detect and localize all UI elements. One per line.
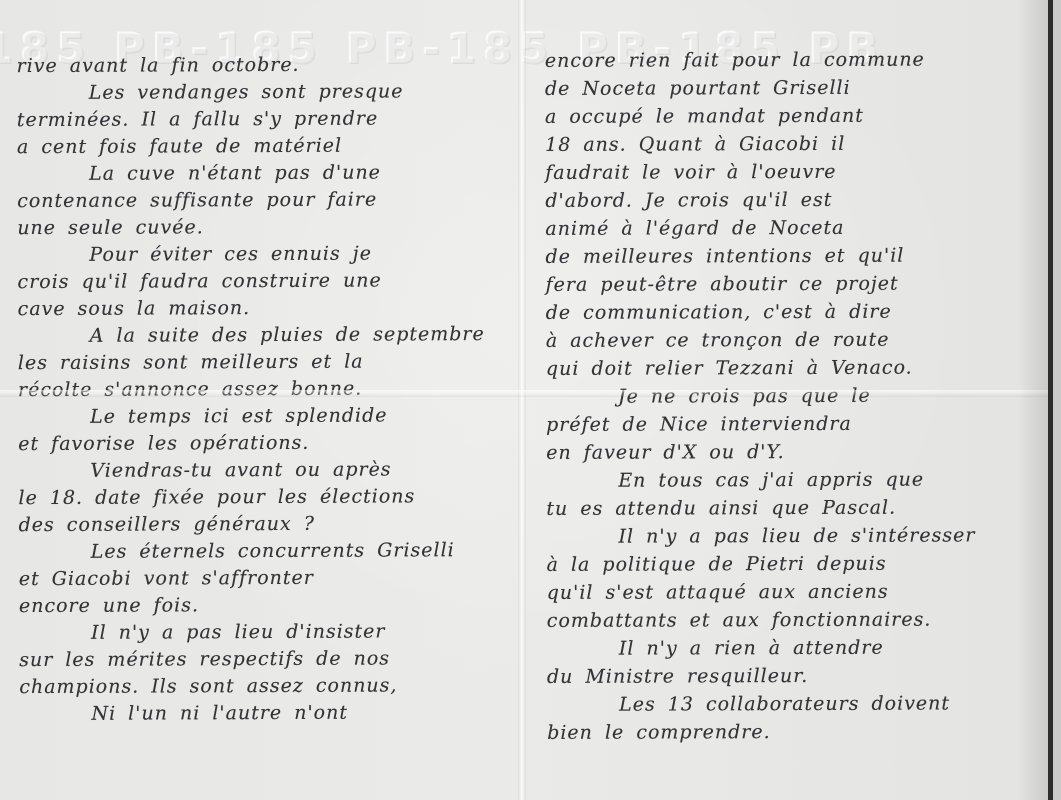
handwritten-line: crois qu'il faudra construire une (17, 267, 519, 296)
handwritten-line: A la suite des pluies de septembre (18, 321, 520, 350)
handwritten-line: rive avant la fin octobre. (17, 51, 519, 80)
handwritten-line: de Noceta pourtant Griselli (545, 73, 1051, 103)
handwritten-line: de communication, c'est à dire (546, 297, 1052, 327)
handwritten-line: Viendras-tu avant ou après (18, 456, 520, 485)
handwritten-line: d'abord. Je crois qu'il est (545, 185, 1051, 215)
handwritten-line: faudrait le voir à l'oeuvre (545, 157, 1051, 187)
handwritten-line: La cuve n'étant pas d'une (17, 159, 519, 188)
handwritten-line: Il n'y a rien à attendre (547, 633, 1053, 663)
handwritten-line: une seule cuvée. (17, 213, 519, 242)
handwritten-line: Les vendanges sont presque (17, 78, 519, 107)
handwritten-line: qui doit relier Tezzani à Venaco. (546, 353, 1052, 383)
handwritten-line: Pour éviter ces ennuis je (17, 240, 519, 269)
handwritten-line: préfet de Nice interviendra (546, 409, 1052, 439)
handwritten-line: les raisins sont meilleurs et la (18, 348, 520, 377)
handwritten-line: qu'il s'est attaqué aux anciens (547, 577, 1053, 607)
handwritten-line: a occupé le mandat pendant (545, 101, 1051, 131)
handwritten-line: 18 ans. Quant à Giacobi il (545, 129, 1051, 159)
handwritten-line: à achever ce tronçon de route (546, 325, 1052, 355)
letter-page-left: rive avant la fin octobre.Les vendanges … (17, 51, 522, 728)
handwritten-line: combattants et aux fonctionnaires. (547, 605, 1053, 635)
handwritten-line: et Giacobi vont s'affronter (19, 564, 521, 593)
handwritten-line: le 18. date fixée pour les élections (18, 483, 520, 512)
handwritten-line: Il n'y a pas lieu de s'intéresser (546, 521, 1052, 551)
handwritten-line: encore une fois. (19, 591, 521, 620)
handwritten-line: Les 13 collaborateurs doivent (547, 689, 1053, 719)
scan-background-strip (1053, 0, 1061, 800)
handwritten-line: Ni l'un ni l'autre n'ont (19, 699, 521, 728)
handwritten-line: du Ministre resquilleur. (547, 661, 1053, 691)
letter-scan: 185 PB-185 PB-185 PB-185 PB rive avant l… (0, 0, 1061, 800)
handwritten-line: à la politique de Pietri depuis (547, 549, 1053, 579)
handwritten-line: Le temps ici est splendide (18, 402, 520, 431)
handwritten-line: sur les mérites respectifs de nos (19, 645, 521, 674)
handwritten-line: Il n'y a pas lieu d'insister (19, 618, 521, 647)
handwritten-line: et favorise les opérations. (18, 429, 520, 458)
handwritten-line: cave sous la maison. (18, 294, 520, 323)
handwritten-line: Les éternels concurrents Griselli (19, 537, 521, 566)
handwritten-line: encore rien fait pour la commune (545, 45, 1051, 75)
handwritten-line: a cent fois faute de matériel (17, 132, 519, 161)
handwritten-line: Je ne crois pas que le (546, 381, 1052, 411)
handwritten-line: récolte s'annonce assez bonne. (18, 375, 520, 404)
handwritten-line: terminées. Il a fallu s'y prendre (17, 105, 519, 134)
handwritten-line: des conseillers généraux ? (19, 510, 521, 539)
handwritten-line: animé à l'égard de Noceta (545, 213, 1051, 243)
handwritten-line: fera peut-être aboutir ce projet (546, 269, 1052, 299)
handwritten-line: en faveur d'X ou d'Y. (546, 437, 1052, 467)
handwritten-line: tu es attendu ainsi que Pascal. (546, 493, 1052, 523)
handwritten-line: champions. Ils sont assez connus, (19, 672, 521, 701)
handwritten-line: de meilleures intentions et qu'il (545, 241, 1051, 271)
handwritten-line: contenance suffisante pour faire (17, 186, 519, 215)
handwritten-line: En tous cas j'ai appris que (546, 465, 1052, 495)
handwritten-line: bien le comprendre. (547, 717, 1053, 747)
letter-page-right: encore rien fait pour la communede Nocet… (545, 45, 1053, 747)
